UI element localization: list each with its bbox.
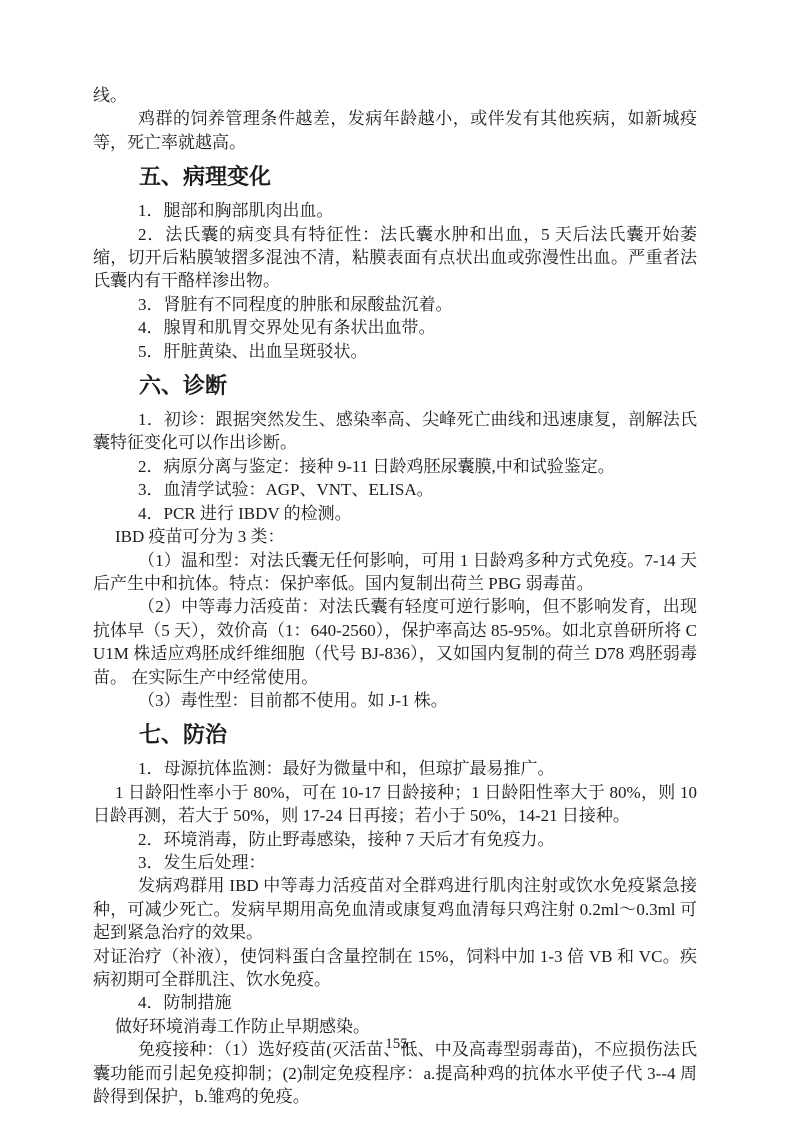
section-heading: 六、诊断 bbox=[139, 373, 697, 398]
paragraph: IBD 疫苗可分为 3 类： bbox=[93, 525, 697, 548]
paragraph: 2．法氏囊的病变具有特征性：法氏囊水肿和出血，5 天后法氏囊开始萎缩，切开后粘膜… bbox=[93, 223, 697, 293]
paragraph: 1 日龄阳性率小于 80%，可在 10-17 日龄接种；1 日龄阳性率大于 80… bbox=[93, 781, 697, 828]
paragraph: 3．血清学试验：AGP、VNT、ELISA。 bbox=[93, 478, 697, 501]
section-heading: 五、病理变化 bbox=[139, 164, 697, 189]
page-footer: 155 bbox=[0, 1036, 793, 1053]
paragraph: 鸡群的饲养管理条件越差，发病年龄越小，或伴发有其他疾病，如新城疫等，死亡率就越高… bbox=[93, 107, 697, 154]
document-content: 线。鸡群的饲养管理条件越差，发病年龄越小，或伴发有其他疾病，如新城疫等，死亡率就… bbox=[93, 84, 697, 1108]
paragraph: 5．肝脏黄染、出血呈斑驳状。 bbox=[93, 340, 697, 363]
paragraph: 1．母源抗体监测：最好为微量中和，但琼扩最易推广。 bbox=[93, 757, 697, 780]
paragraph: 对证治疗（补液），使饲料蛋白含量控制在 15%，饲料中加 1-3 倍 VB 和 … bbox=[93, 945, 697, 992]
paragraph: 3．肾脏有不同程度的肿胀和尿酸盐沉着。 bbox=[93, 293, 697, 316]
paragraph: 线。 bbox=[93, 84, 697, 107]
paragraph: 1．腿部和胸部肌肉出血。 bbox=[93, 199, 697, 222]
paragraph: 2．环境消毒，防止野毒感染，接种 7 天后才有免疫力。 bbox=[93, 828, 697, 851]
paragraph: 做好环境消毒工作防止早期感染。 bbox=[93, 1015, 697, 1038]
document-page: 线。鸡群的饲养管理条件越差，发病年龄越小，或伴发有其他疾病，如新城疫等，死亡率就… bbox=[0, 0, 793, 1122]
paragraph: （3）毒性型：目前都不使用。如 J-1 株。 bbox=[93, 689, 697, 712]
page-number: 155 bbox=[385, 1036, 408, 1052]
paragraph: 发病鸡群用 IBD 中等毒力活疫苗对全群鸡进行肌肉注射或饮水免疫紧急接种，可减少… bbox=[93, 874, 697, 944]
paragraph: 1．初诊：跟据突然发生、感染率高、尖峰死亡曲线和迅速康复，剖解法氏囊特征变化可以… bbox=[93, 408, 697, 455]
paragraph: （1）温和型：对法氏囊无任何影响，可用 1 日龄鸡多种方式免疫。7-14 天后产… bbox=[93, 549, 697, 596]
paragraph: 4．PCR 进行 IBDV 的检测。 bbox=[93, 502, 697, 525]
paragraph: 2．病原分离与鉴定：接种 9-11 日龄鸡胚尿囊膜,中和试验鉴定。 bbox=[93, 455, 697, 478]
section-heading: 七、防治 bbox=[139, 722, 697, 747]
paragraph: （2）中等毒力活疫苗：对法氏囊有轻度可逆行影响，但不影响发育，出现抗体早（5 天… bbox=[93, 595, 697, 689]
paragraph: 4．防制措施 bbox=[93, 991, 697, 1014]
paragraph: 4．腺胃和肌胃交界处见有条状出血带。 bbox=[93, 316, 697, 339]
paragraph: 3．发生后处理： bbox=[93, 851, 697, 874]
